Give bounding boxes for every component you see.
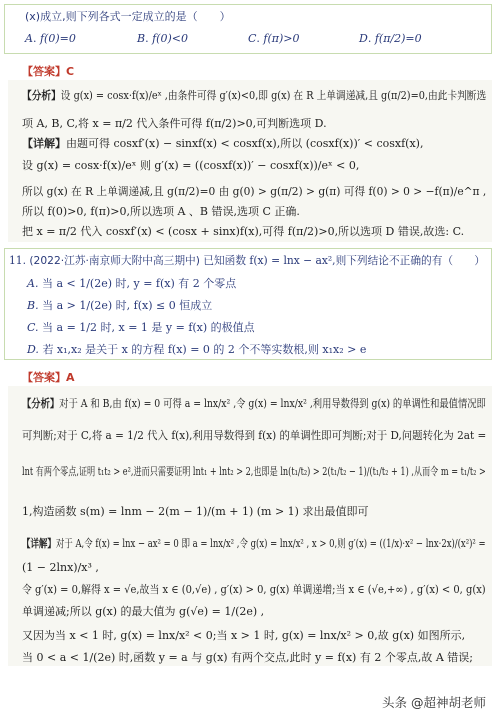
answer-tag: 【答案】 <box>22 65 66 78</box>
detail-line-4: 所以 f(0)>0, f(π)>0,所以选项 A 、B 错误,选项 C 正确. <box>22 204 300 220</box>
answer-label: 【答案】A <box>22 369 75 385</box>
detail-line-4: 单调递减;所以 g(x) 的最大值为 g(√e) = 1/(2e) , <box>22 604 264 620</box>
detail-line-3: 所以 g(x) 在 R 上单调递减,且 g(π/2)=0 由 g(0) > g(… <box>22 184 486 200</box>
option-c: C. 当 a = 1/2 时, x = 1 是 y = f(x) 的极值点 <box>27 319 255 335</box>
detail-text: 由题可得 cosxf′(x) − sinxf(x) < cosxf(x),所以 … <box>66 137 423 150</box>
option-label: D. <box>27 343 39 356</box>
option-text: f(π)>0 <box>263 32 299 45</box>
detail-tag: 【详解】 <box>22 537 56 550</box>
option-d: D. 若 x₁,x₂ 是关于 x 的方程 f(x) = 0 的 2 个不等实数根… <box>27 341 366 357</box>
detail-text: 对于 A,令 f(x) = lnx − ax² = 0 即 a = lnx/x²… <box>56 537 486 550</box>
answer-value: A <box>66 371 75 384</box>
detail-line-5: 又因为当 x < 1 时, g(x) = lnx/x² < 0;当 x > 1 … <box>22 628 465 644</box>
analysis-text: 对于 A 和 B,由 f(x) = 0 可得 a = lnx/x² ,令 g(x… <box>59 397 486 410</box>
option-label: A <box>25 32 33 45</box>
detail-line-2: (1 − 2lnx)/x³ , <box>22 560 99 576</box>
detail-line-1: 【详解】对于 A,令 f(x) = lnx − ax² = 0 即 a = ln… <box>22 536 486 552</box>
answer-value: C <box>66 65 74 78</box>
option-label: D <box>359 32 368 45</box>
detail-line-5: 把 x = π/2 代入 cosxf′(x) < (cosx + sinx)f(… <box>22 224 464 240</box>
analysis-line-4: 1,构造函数 s(m) = lnm − 2(m − 1)/(m + 1) (m … <box>22 504 368 520</box>
option-label: B <box>137 32 145 45</box>
option-text: 当 a < 1/(2e) 时, y = f(x) 有 2 个零点 <box>42 277 236 290</box>
detail-line-1: 【详解】由题可得 cosxf′(x) − sinxf(x) < cosxf(x)… <box>22 136 423 152</box>
question-10-stem: (x)成立,则下列各式一定成立的是（ ） <box>25 9 231 25</box>
detail-line-3: 令 g′(x) = 0,解得 x = √e,故当 x ∈ (0,√e) , g′… <box>22 582 486 598</box>
answer-label: 【答案】C <box>22 63 74 79</box>
detail-tag: 【详解】 <box>22 137 66 150</box>
option-label: A. <box>27 277 38 290</box>
analysis-text: 设 g(x) = cosx·f(x)/eˣ ,由条件可得 g′(x)<0,即 g… <box>61 89 486 102</box>
analysis-line-1: 【分析】设 g(x) = cosx·f(x)/eˣ ,由条件可得 g′(x)<0… <box>22 88 486 104</box>
option-text: f(π/2)=0 <box>375 32 422 45</box>
question-number: 11. <box>9 254 26 267</box>
option-text: 当 a = 1/2 时, x = 1 是 y = f(x) 的极值点 <box>42 321 255 334</box>
option-label: B. <box>27 299 39 312</box>
watermark: 头条 @超神胡老师 <box>382 693 486 711</box>
analysis-line-1: 【分析】对于 A 和 B,由 f(x) = 0 可得 a = lnx/x² ,令… <box>22 396 486 412</box>
analysis-tag: 【分析】 <box>22 397 59 410</box>
detail-line-6: 当 0 < a < 1/(2e) 时,函数 y = a 与 g(x) 有两个交点… <box>22 650 473 666</box>
analysis-line-2: 可判断;对于 C,将 a = 1/2 代入 f(x),利用导数得到 f(x) 的… <box>22 428 486 444</box>
detail-line-2: 设 g(x) = cosx·f(x)/eˣ 则 g′(x) = ((cosxf(… <box>22 158 359 174</box>
option-a: A. f(0)=0 <box>25 32 76 45</box>
question-source: (2022·江苏·南京师大附中高三期中) <box>29 254 199 267</box>
option-text: 当 a > 1/(2e) 时, f(x) ≤ 0 恒成立 <box>42 299 212 312</box>
question-11-solution: 【分析】对于 A 和 B,由 f(x) = 0 可得 a = lnx/x² ,令… <box>8 386 492 666</box>
analysis-line-2: 项 A, B, C,将 x = π/2 代入条件可得 f(π/2)>0,可判断选… <box>22 116 327 132</box>
option-d: D. f(π/2)=0 <box>359 32 422 45</box>
question-text: 已知函数 f(x) = lnx − ax²,则下列结论不正确的有（ ） <box>203 254 485 267</box>
question-10-solution: 【分析】设 g(x) = cosx·f(x)/eˣ ,由条件可得 g′(x)<0… <box>8 80 492 242</box>
option-b: B. 当 a > 1/(2e) 时, f(x) ≤ 0 恒成立 <box>27 297 212 313</box>
option-b: B. f(0)<0 <box>137 32 188 45</box>
option-text: f(0)=0 <box>40 32 76 45</box>
answer-tag: 【答案】 <box>22 371 66 384</box>
option-c: C. f(π)>0 <box>248 32 300 45</box>
question-11-stem: 11. (2022·江苏·南京师大附中高三期中) 已知函数 f(x) = lnx… <box>9 253 485 269</box>
question-11-box: 11. (2022·江苏·南京师大附中高三期中) 已知函数 f(x) = lnx… <box>4 248 492 360</box>
option-text: 若 x₁,x₂ 是关于 x 的方程 f(x) = 0 的 2 个不等实数根,则 … <box>42 343 366 356</box>
option-label: C. <box>27 321 39 334</box>
question-10-box: (x)成立,则下列各式一定成立的是（ ） A. f(0)=0 B. f(0)<0… <box>4 4 492 54</box>
analysis-line-3: lnt 有两个零点,证明 t₁t₂ > e²,进而只需要证明 lnt₁ + ln… <box>22 464 486 480</box>
option-text: f(0)<0 <box>152 32 188 45</box>
option-label: C <box>248 32 256 45</box>
analysis-tag: 【分析】 <box>22 89 61 102</box>
option-a: A. 当 a < 1/(2e) 时, y = f(x) 有 2 个零点 <box>27 275 236 291</box>
